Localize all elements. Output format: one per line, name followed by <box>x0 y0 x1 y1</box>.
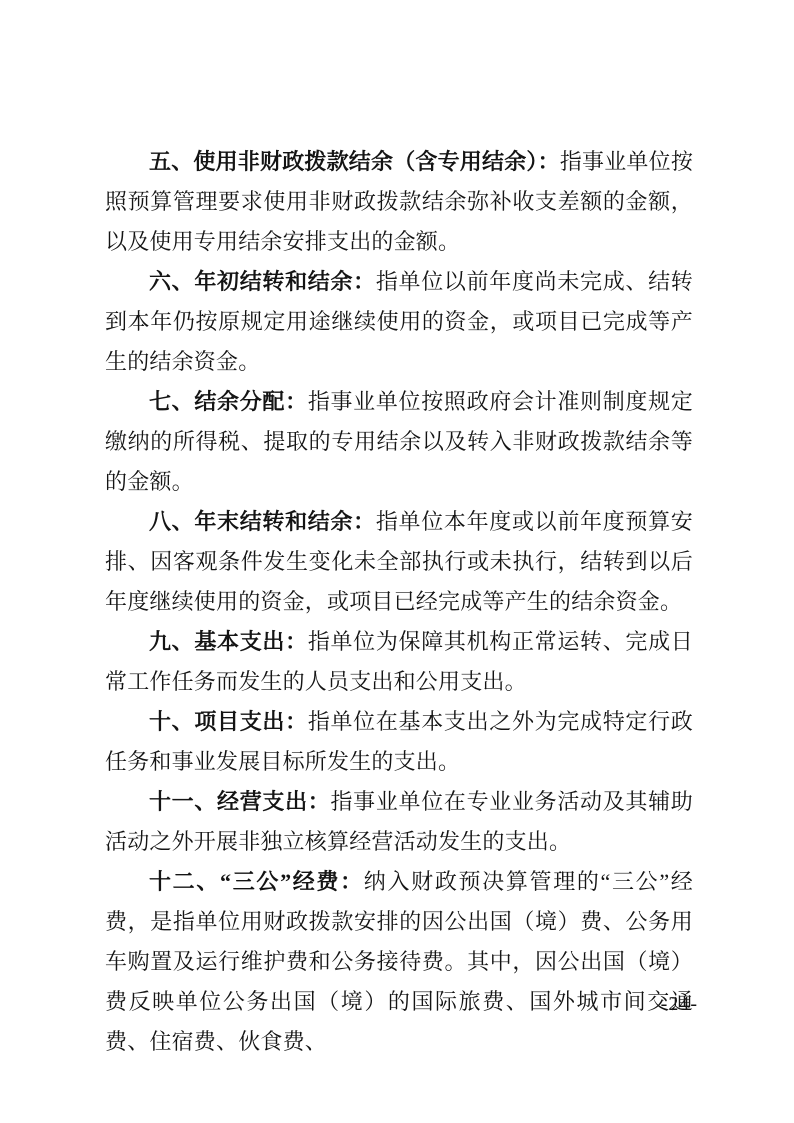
definition-paragraph: 十一、经营支出：指事业单位在专业业务活动及其辅助活动之外开展非独立核算经营活动发… <box>105 782 693 862</box>
definition-paragraph: 十、项目支出：指单位在基本支出之外为完成特定行政任务和事业发展目标所发生的支出。 <box>105 702 693 782</box>
term-label: 十一、经营支出： <box>149 789 331 814</box>
page-number: -24- <box>661 992 698 1016</box>
definition-paragraph: 九、基本支出：指单位为保障其机构正常运转、完成日常工作任务而发生的人员支出和公用… <box>105 622 693 702</box>
definition-text: 纳入财政预决算管理的“三公”经费，是指单位用财政拨款安排的因公出国（境）费、公务… <box>105 869 693 1054</box>
term-label: 五、使用非财政拨款结余（含专用结余）： <box>149 149 560 174</box>
definition-paragraph: 六、年初结转和结余：指单位以前年度尚未完成、结转到本年仍按原规定用途继续使用的资… <box>105 262 693 382</box>
definitions-list: 五、使用非财政拨款结余（含专用结余）：指事业单位按照预算管理要求使用非财政拨款结… <box>105 142 693 1062</box>
term-label: 六、年初结转和结余： <box>149 269 376 294</box>
definition-paragraph: 八、年末结转和结余：指单位本年度或以前年度预算安排、因客观条件发生变化未全部执行… <box>105 502 693 622</box>
term-label: 七、结余分配： <box>149 389 308 414</box>
definition-paragraph: 十二、“三公”经费：纳入财政预决算管理的“三公”经费，是指单位用财政拨款安排的因… <box>105 862 693 1062</box>
term-label: 十二、“三公”经费： <box>149 869 364 894</box>
document-page: 五、使用非财政拨款结余（含专用结余）：指事业单位按照预算管理要求使用非财政拨款结… <box>0 0 794 1123</box>
term-label: 九、基本支出： <box>149 629 308 654</box>
definition-paragraph: 七、结余分配：指事业单位按照政府会计准则制度规定缴纳的所得税、提取的专用结余以及… <box>105 382 693 502</box>
term-label: 十、项目支出： <box>149 709 308 734</box>
definition-paragraph: 五、使用非财政拨款结余（含专用结余）：指事业单位按照预算管理要求使用非财政拨款结… <box>105 142 693 262</box>
term-label: 八、年末结转和结余： <box>149 509 376 534</box>
